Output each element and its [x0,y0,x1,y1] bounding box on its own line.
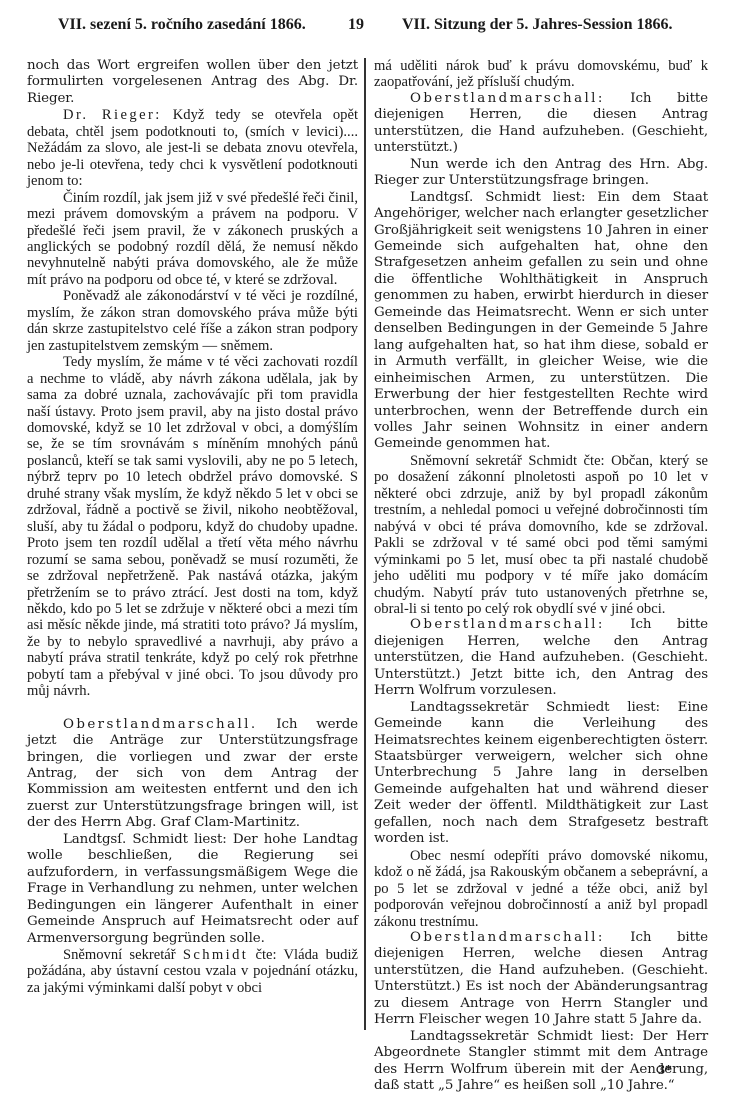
left-column: noch das Wort ergreifen wollen über den … [27,58,358,996]
speaker-prefix: Sněmovní sekretář [63,947,183,963]
running-head-german: VII. Sitzung der 5. Jahres-Session 1866. [402,16,673,34]
paragraph: Sněmovní sekretář Schmidt čte: Občan, kt… [374,453,708,618]
paragraph: Landtgsſ. Schmidt liest: Ein dem Staat A… [374,190,708,453]
paragraph: má uděliti nárok buď k právu domovskému,… [374,58,708,91]
paragraph: Nun werde ich den Antrag des Hrn. Abg. R… [374,157,708,190]
paragraph-text: Poněvadž ale zákonodárství v té věci je … [27,288,358,353]
speaker-name: Landtagssekretär Schmiedt [410,700,609,715]
paragraph: Tedy myslím, že máme v té věci zachovati… [27,354,358,700]
paragraph: Landtgsſ. Schmidt liest: Der hohe Landta… [27,832,358,947]
speaker-name: Landtgsſ. Schmidt [410,190,541,205]
paragraph-text: má uděliti nárok buď k právu domovskému,… [374,58,708,90]
paragraph-text: Činím rozdíl, jak jsem již v své předešl… [27,190,358,288]
paragraph-text: Obec nesmí odepříti právo domovské nikom… [374,848,708,930]
paragraph: Poněvadž ale zákonodárství v té věci je … [27,288,358,354]
paragraph-text: Ich werde jetzt die Anträge zur Unterstü… [27,717,358,831]
speaker-name: Schmidt [183,947,248,963]
speaker-name: Sněmovní sekretář Schmidt [410,453,577,469]
speaker-name: Oberstlandmarschall: [410,930,605,945]
paragraph: Dr. Rieger: Když tedy se otevřela opět d… [27,107,358,189]
speaker-name: Oberstlandmarschall. [63,717,257,732]
paragraph: Landtagssekretär Schmiedt liest: Eine Ge… [374,700,708,848]
paragraph-text: Tedy myslím, že máme v té věci zachovati… [27,354,358,699]
paragraph: Činím rozdíl, jak jsem již v své předešl… [27,190,358,289]
speaker-name: Oberstlandmarschall: [410,617,605,632]
paragraph-text: Nun werde ich den Antrag des Hrn. Abg. R… [374,157,708,188]
paragraph: Oberstlandmarschall. Ich werde jetzt die… [27,717,358,832]
paragraph-text: liest: Ein dem Staat Angehöriger, welche… [374,190,708,452]
speaker-name: Landtgsſ. Schmidt [63,832,188,847]
paragraph-text: noch das Wort ergreifen wollen über den … [27,58,358,106]
paragraph: Oberstlandmarschall: Ich bitte diejenige… [374,930,708,1029]
running-head: VII. sezení 5. ročního zasedání 1866. 19… [0,16,750,40]
speaker-name: Oberstlandmarschall: [410,91,605,106]
paragraph-text: liest: Eine Gemeinde kann die Verleihung… [374,700,708,847]
paragraph: Sněmovní sekretář Schmidt čte: Vláda bud… [27,947,358,996]
paragraph: Oberstlandmarschall: Ich bitte diejenige… [374,617,708,699]
running-head-czech: VII. sezení 5. ročního zasedání 1866. [58,16,306,34]
paragraph: noch das Wort ergreifen wollen über den … [27,58,358,107]
signature-mark: 3* [658,1063,672,1079]
right-column: má uděliti nárok buď k právu domovskému,… [374,58,708,1095]
column-divider [364,58,366,1030]
paragraph: Landtagssekretär Schmidt liest: Der Herr… [374,1029,708,1095]
paragraph-text: liest: Der hohe Landtag wolle beschließe… [27,832,358,946]
paragraph: Obec nesmí odepříti právo domovské nikom… [374,848,708,930]
paragraph-text: čte: Občan, který se po dosažení zákonní… [374,453,708,617]
page-number: 19 [348,16,364,34]
speaker-name: Landtagssekretär Schmidt [410,1029,593,1044]
paragraph: Oberstlandmarschall: Ich bitte diejenige… [374,91,708,157]
speaker-name: Dr. Rieger: [63,107,162,123]
